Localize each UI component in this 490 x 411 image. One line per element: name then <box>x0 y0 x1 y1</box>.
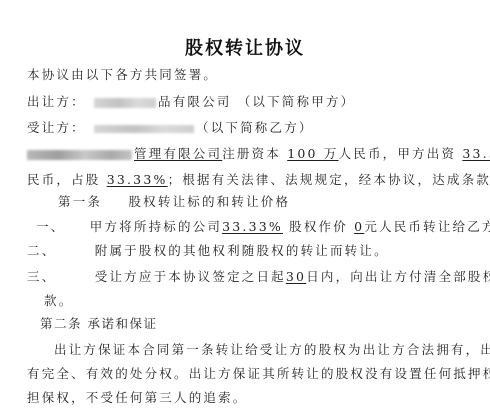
item-1-number: 一、 <box>36 219 65 234</box>
article-2-paragraph-line-2: 有完全、有效的处分权。出让方保证其所转让的股权没有设置任何抵押权或其他 <box>27 366 490 382</box>
item-3-number: 三、 <box>27 269 56 284</box>
item-3-days: 30 <box>286 269 306 284</box>
company-text-1: 注册资本 <box>222 146 281 161</box>
company-line-1: 管理有限公司注册资本 100 万人民币，甲方出资 33.33 万人 <box>27 146 490 162</box>
transferee-alias: （以下简称乙方） <box>196 120 314 135</box>
item-1-text-b: 股权作价 <box>289 219 348 234</box>
company-suffix: 管理有限公司 <box>134 146 222 161</box>
company-text-5: ；根据有关法律、法规规定，经本协议，达成条款如下： <box>168 172 490 187</box>
share-percentage: 33.33% <box>107 172 168 187</box>
article-2-paragraph-line-3: 担保权，不受任何第三人的追索。 <box>27 390 248 406</box>
transferor-label: 出让方： <box>27 94 86 109</box>
redacted-transferee-name <box>94 125 194 133</box>
transferee-line: 受让方： （以下简称乙方） <box>27 120 314 136</box>
item-1-price: 0 <box>354 219 364 234</box>
registered-capital: 100 万 <box>287 146 338 161</box>
article-1-number: 第一条 <box>58 194 102 209</box>
document-page: 股权转让协议 本协议由以下各方共同签署。 出让方： 品有限公司 （以下简称甲方）… <box>0 0 490 411</box>
transferor-name: 品有限公司 <box>158 94 232 109</box>
article-1-heading: 第一条 股权转让标的和转让价格 <box>58 194 290 210</box>
article-2-heading: 第二条 承诺和保证 <box>40 316 157 332</box>
company-text-2: 人民币，甲方出资 <box>339 146 457 161</box>
item-3-text-b: 日内，向出让方付清全部股权转让价 <box>306 269 490 284</box>
article-2-paragraph-line-1: 出让方保证本合同第一条转让给受让方的股权为出让方合法拥有，出让方拥 <box>54 342 490 358</box>
item-1-text-a: 甲方将所持标的公司 <box>90 219 222 234</box>
transferee-label: 受让方： <box>27 120 86 135</box>
redacted-company-name <box>27 150 132 160</box>
item-1-text-c: 元人民币转让给乙方。 <box>364 219 490 234</box>
article-1-title: 股权转让标的和转让价格 <box>128 194 290 209</box>
transferor-alias: （以下简称甲方） <box>238 94 356 109</box>
article-1-item-3: 三、 受让方应于本协议签定之日起30日内，向出让方付清全部股权转让价 <box>27 269 490 285</box>
item-1-percentage: 33.33% <box>222 219 283 234</box>
item-2-text: 附属于股权的其他权利随股权的转让而转让。 <box>95 243 389 258</box>
redacted-transferor-name <box>94 98 156 108</box>
contribution-amount: 33.33 万 <box>462 146 490 161</box>
company-text-4: 民币，占股 <box>27 172 101 187</box>
company-line-2: 民币，占股 33.33%；根据有关法律、法规规定，经本协议，达成条款如下： <box>27 172 490 188</box>
document-title: 股权转让协议 <box>0 34 490 60</box>
item-3-text-a: 受让方应于本协议签定之日起 <box>95 269 286 284</box>
article-1-item-1: 一、 甲方将所持标的公司33.33% 股权作价 0元人民币转让给乙方。 <box>36 219 490 235</box>
item-2-number: 二、 <box>27 243 56 258</box>
transferor-line: 出让方： 品有限公司 （以下简称甲方） <box>27 94 355 110</box>
article-1-item-2: 二、 附属于股权的其他权利随股权的转让而转让。 <box>27 243 389 259</box>
article-1-item-3-continuation: 款。 <box>44 293 73 309</box>
intro-line: 本协议由以下各方共同签署。 <box>27 67 218 83</box>
